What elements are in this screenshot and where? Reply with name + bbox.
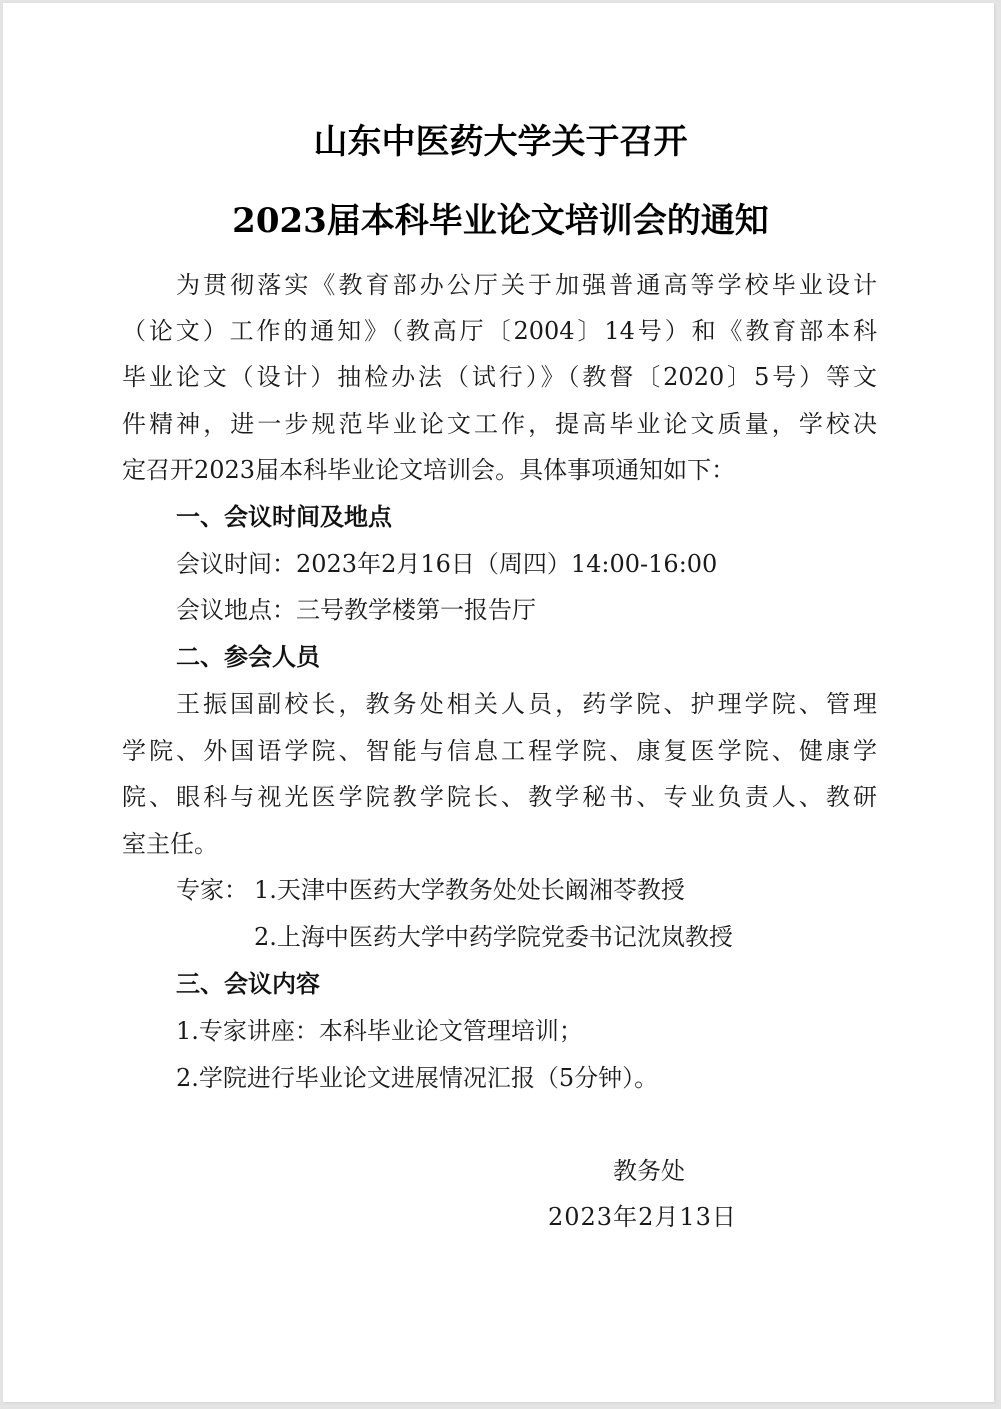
attendee-line: 学院、外国语学院、智能与信息工程学院、康复医学院、健康学 [122,736,877,766]
attendee-line: 院、眼科与视光医学院教学院长、教学秘书、专业负责人、教研 [122,782,877,812]
attendee-line: 王振国副校长，教务处相关人员，药学院、护理学院、管理 [176,689,877,719]
intro-paragraph-line: 定召开2023届本科毕业论文培训会。具体事项通知如下： [122,455,735,485]
meeting-time: 会议时间：2023年2月16日（周四）14:00-16:00 [176,549,717,579]
document-title-line1: 山东中医药大学关于召开 [0,114,1001,163]
experts-label: 专家： [176,875,248,905]
section-heading-time-location: 一、会议时间及地点 [176,502,392,532]
content-item: 2.学院进行毕业论文进展情况汇报（5分钟）。 [176,1063,658,1093]
content-item: 1.专家讲座：本科毕业论文管理培训； [176,1016,583,1046]
intro-paragraph-line: 件精神，进一步规范毕业论文工作，提高毕业论文质量，学校决 [122,409,877,439]
section-heading-attendees: 二、参会人员 [176,642,320,672]
document-title-line2: 2023届本科毕业论文培训会的通知 [0,193,1001,242]
expert-item: 1.天津中医药大学教务处处长阚湘苓教授 [254,875,685,905]
issue-date: 2023年2月13日 [548,1202,737,1232]
attendee-line: 室主任。 [122,829,218,859]
section-heading-content: 三、会议内容 [176,969,320,999]
intro-paragraph-line: 毕业论文（设计）抽检办法（试行）》（教督〔2020〕5号）等文 [122,362,877,392]
intro-paragraph-line: （论文）工作的通知》（教高厅〔2004〕14号）和《教育部本科 [122,316,877,346]
intro-paragraph-line: 为贯彻落实《教育部办公厅关于加强普通高等学校毕业设计 [176,270,877,300]
expert-item: 2.上海中医药大学中药学院党委书记沈岚教授 [254,922,733,952]
issuer-signature: 教务处 [613,1156,685,1186]
meeting-location: 会议地点：三号教学楼第一报告厅 [176,595,536,625]
